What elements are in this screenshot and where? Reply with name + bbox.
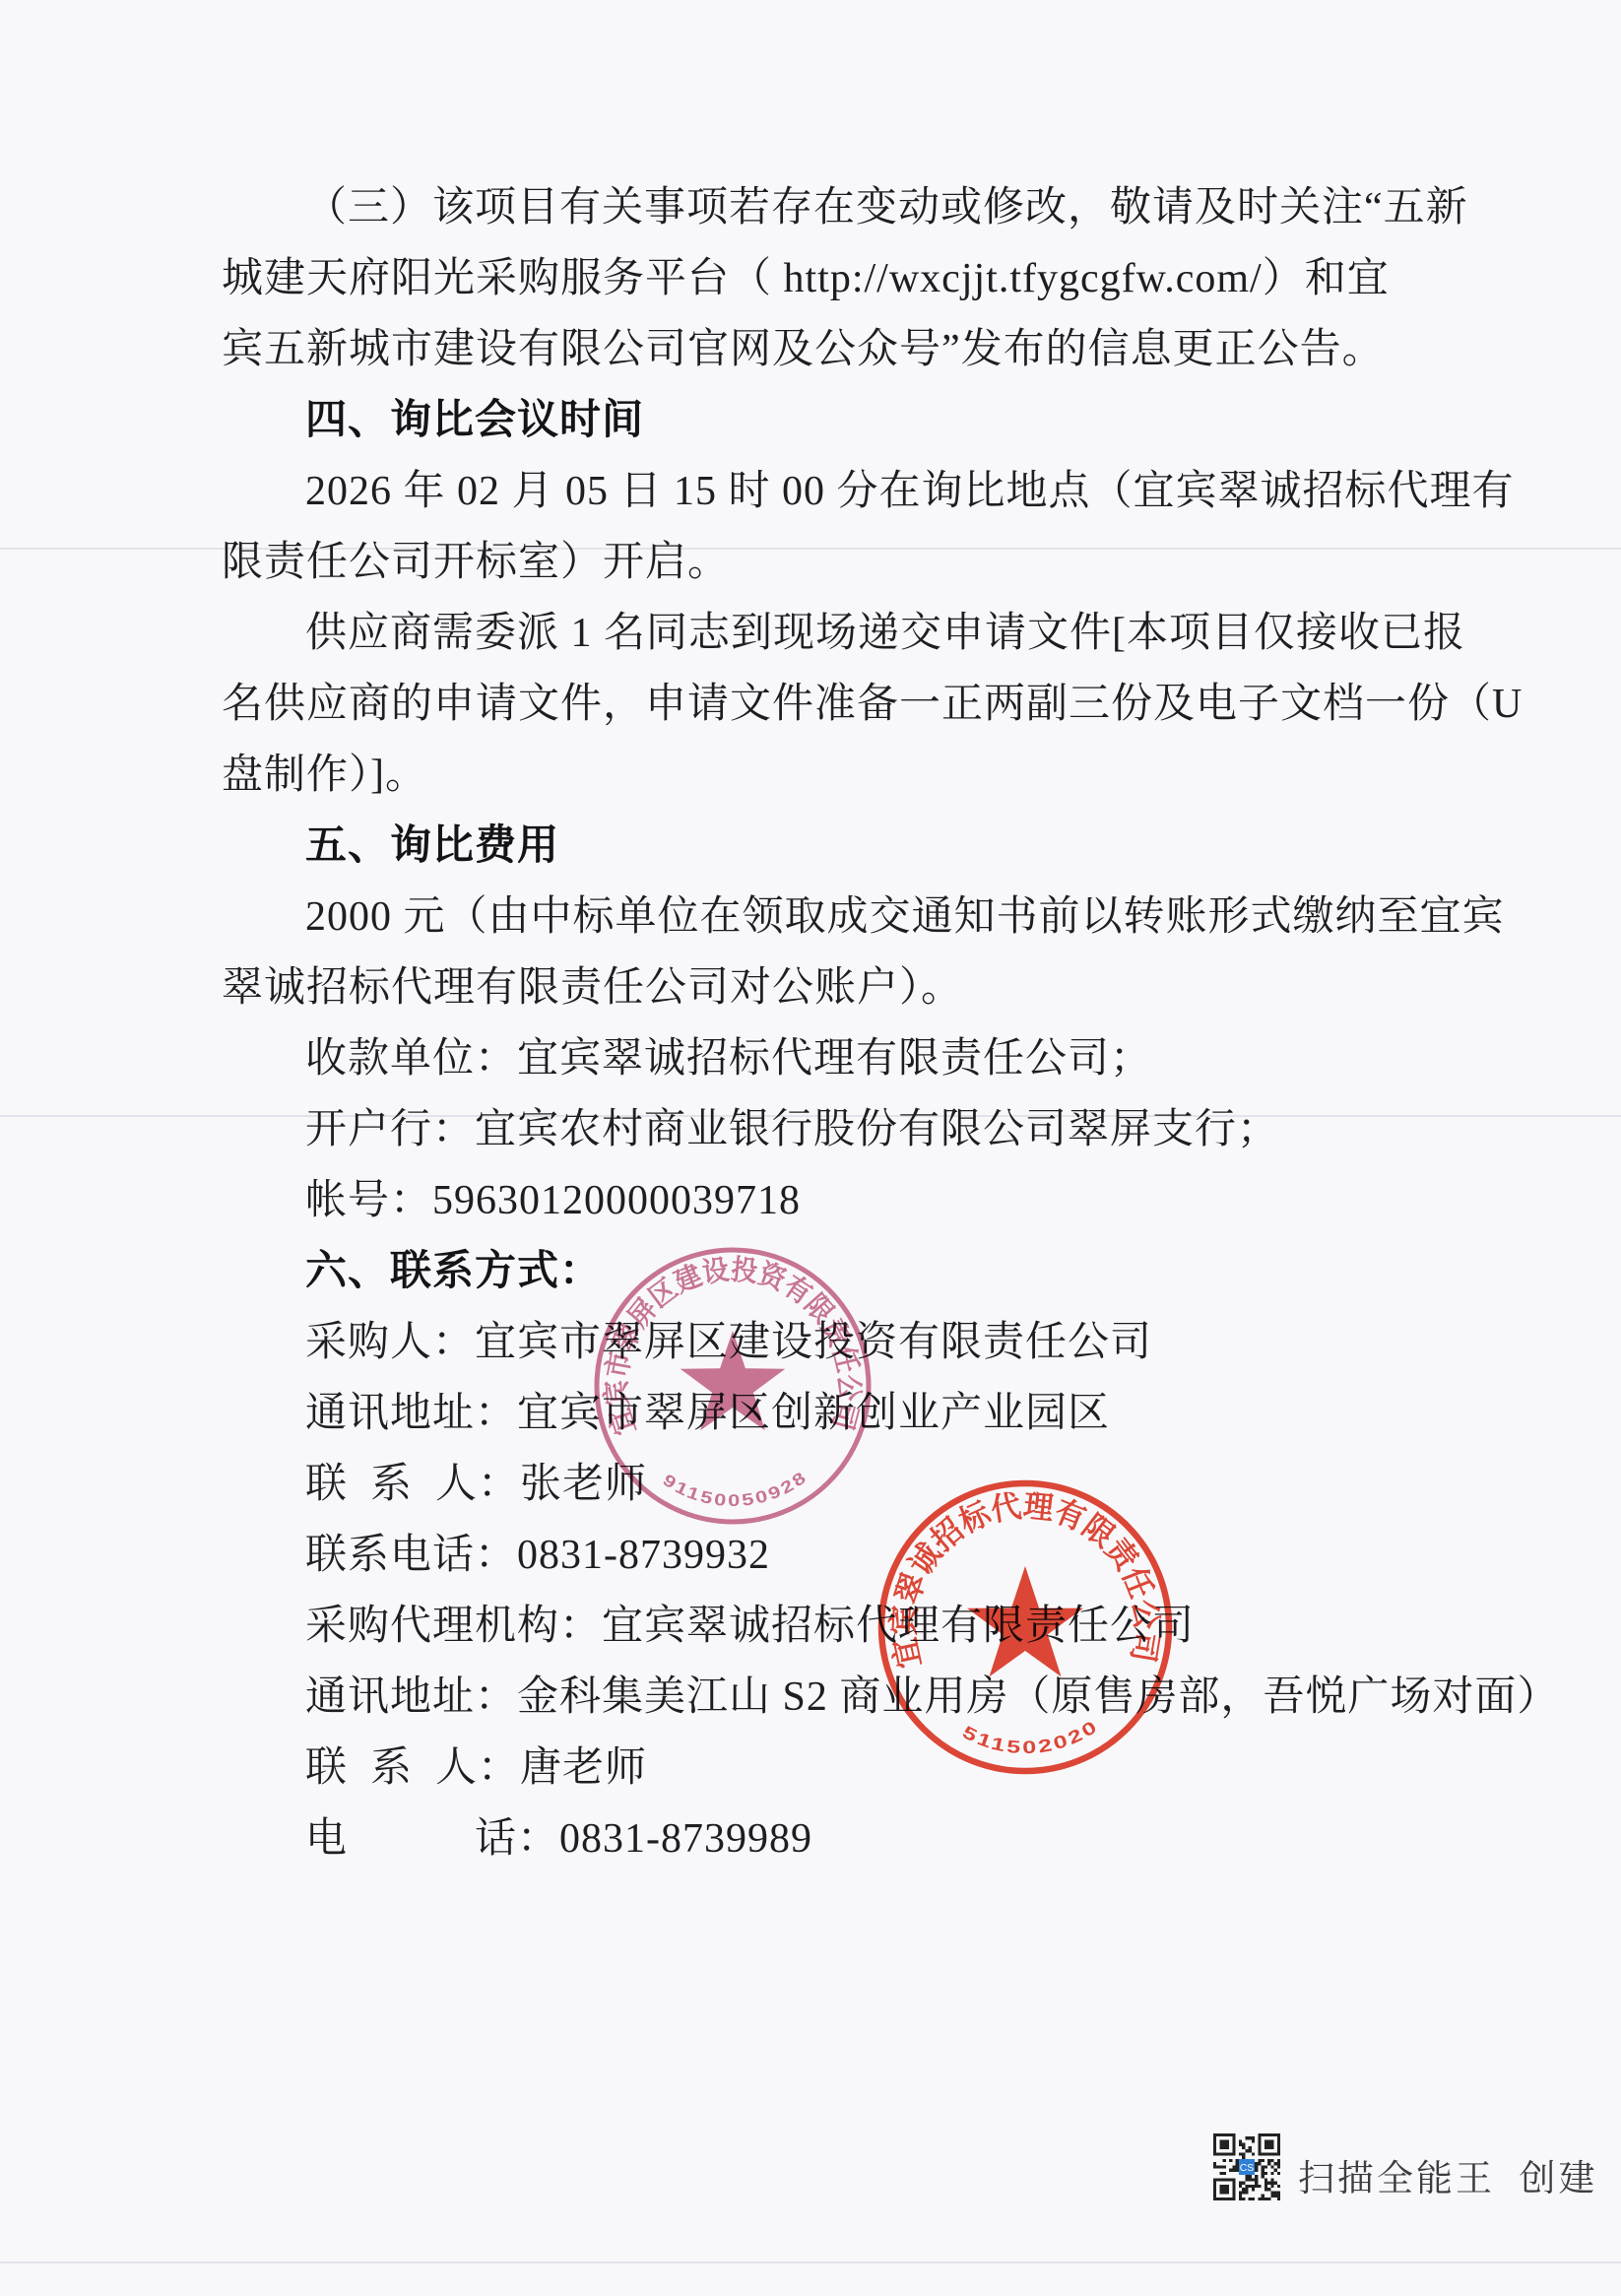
document-line: 联系电话：0831-8739932 — [305, 1531, 770, 1580]
document-line: 通讯地址：宜宾市翠屏区创新创业产业园区 — [305, 1389, 1110, 1438]
document-line: 翠诚招标代理有限责任公司对公账户）。 — [222, 963, 963, 1013]
document-line: 电 话：0831-8739989 — [305, 1814, 812, 1864]
document-line: 五、询比费用 — [305, 821, 559, 871]
document-line: 供应商需委派 1 名同志到现场递交申请文件[本项目仅接收已报 — [305, 609, 1465, 658]
document-line: 宾五新城市建设有限公司官网及公众号”发布的信息更正公告。 — [222, 325, 1385, 374]
scanner-caption: 扫描全能王 创建 — [1298, 2148, 1598, 2201]
document-line: 四、询比会议时间 — [305, 396, 644, 445]
qr-logo-cs: CS — [1240, 2163, 1254, 2174]
document-line: 六、联系方式： — [305, 1247, 602, 1296]
document-line: 采购人：宜宾市翠屏区建设投资有限责任公司 — [305, 1318, 1152, 1367]
document-line: 名供应商的申请文件，申请文件准备一正两副三份及电子文档一份（U — [222, 680, 1523, 729]
document-line: 帐号：59630120000039718 — [305, 1176, 801, 1225]
document-line: 联 系 人：唐老师 — [305, 1743, 647, 1793]
document-line: 联 系 人：张老师 — [305, 1460, 647, 1509]
qr-code: CS — [1213, 2133, 1280, 2200]
document-line: 城建天府阳光采购服务平台（ http://wxcjjt.tfygcgfw.com… — [222, 254, 1390, 303]
document-line: 收款单位：宜宾翠诚招标代理有限责任公司； — [305, 1034, 1152, 1083]
document-line: 2000 元（由中标单位在领取成交通知书前以转账形式缴纳至宜宾 — [305, 892, 1505, 942]
scan-artifact-line — [0, 2262, 1621, 2263]
document-line: 盘制作）]。 — [222, 751, 427, 800]
scanned-document-page: （三）该项目有关事项若存在变动或修改，敬请及时关注“五新城建天府阳光采购服务平台… — [0, 0, 1621, 2296]
document-line: 通讯地址：金科集美江山 S2 商业用房（原售房部，吾悦广场对面） — [305, 1673, 1559, 1722]
document-line: 采购代理机构：宜宾翠诚招标代理有限责任公司 — [305, 1602, 1195, 1651]
document-line: 2026 年 02 月 05 日 15 时 00 分在询比地点（宜宾翠诚招标代理… — [305, 467, 1515, 516]
document-line: 限责任公司开标室）开启。 — [222, 538, 730, 587]
document-line: 开户行：宜宾农村商业银行股份有限公司翠屏支行； — [305, 1105, 1279, 1154]
document-line: （三）该项目有关事项若存在变动或修改，敬请及时关注“五新 — [305, 183, 1468, 232]
